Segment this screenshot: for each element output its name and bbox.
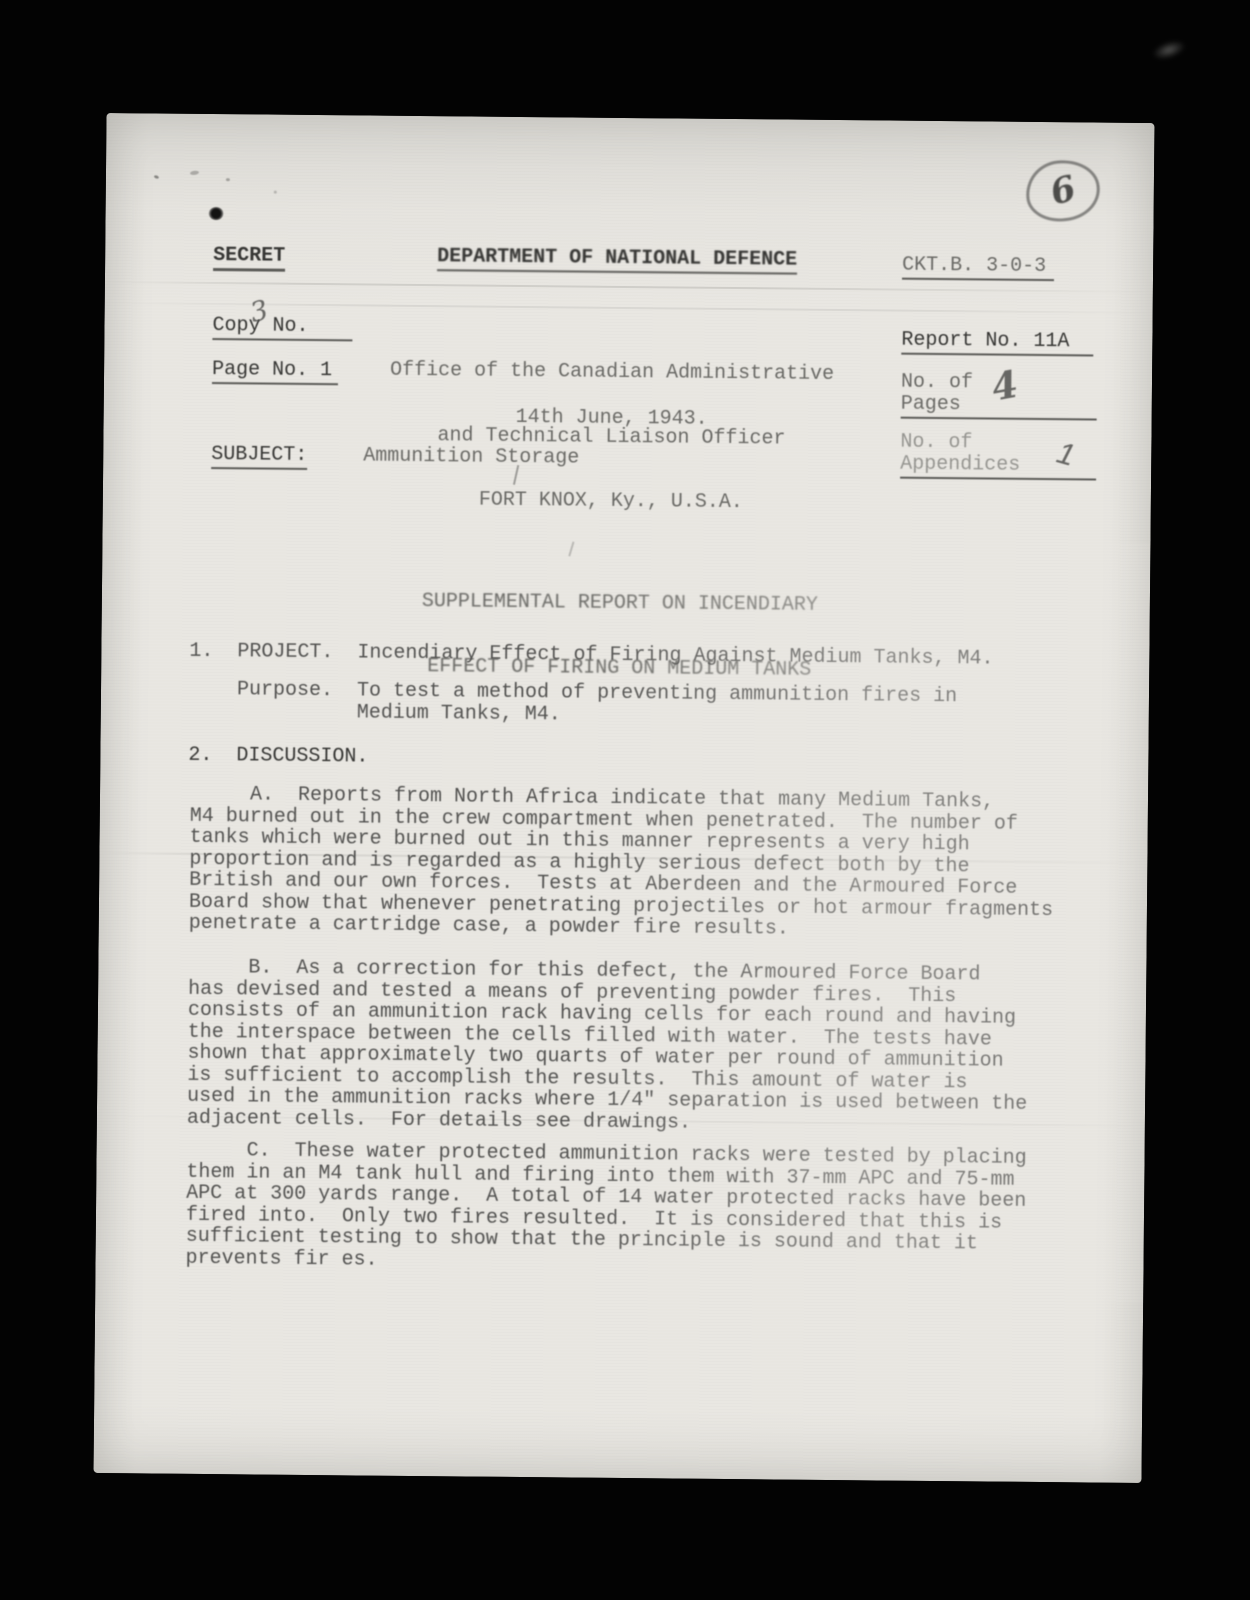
subject-label: SUBJECT: (211, 444, 307, 469)
discussion-paragraph-a: A. Reports from North Africa indicate th… (189, 784, 1055, 943)
file-number-text: CKT.B. 3-0-3 (902, 255, 1054, 281)
discussion-paragraph-c: C. These water protected ammunition rack… (185, 1140, 1026, 1277)
project-heading: 1. PROJECT. Incendiary Effect of Firing … (189, 641, 993, 670)
page-number-row: Page No. 1 (212, 359, 338, 385)
scan-artifact-smudge (1150, 37, 1187, 63)
ink-blot (209, 207, 224, 220)
report-date: 14th June, 1943. (372, 406, 852, 432)
classification-label: SECRET (213, 245, 285, 271)
report-title-line1: SUPPLEMENTAL REPORT ON INCENDIARY (420, 591, 820, 616)
subject-value: Ammunition Storage (363, 444, 579, 469)
purpose-block: Purpose. To test a method of preventing … (189, 679, 958, 729)
department-title: DEPARTMENT OF NATIONAL DEFENCE (417, 246, 817, 274)
page-number-label: Page No. 1 (212, 359, 338, 385)
discussion-heading: 2. DISCUSSION. (188, 745, 368, 768)
circled-page-number: 6 (1046, 168, 1080, 214)
appendices-count-label-line1: No. of (900, 432, 972, 454)
paper-speck (226, 178, 230, 181)
circled-page-number-stamp: 6 (1023, 156, 1103, 225)
file-number: CKT.B. 3-0-3 (902, 255, 1054, 281)
pages-count-label-line1: No. of (901, 372, 973, 394)
office-address-line1: Office of the Canadian Administrative (372, 360, 852, 386)
office-address-line3: FORT KNOX, Ky., U.S.A. (371, 489, 851, 515)
paper-speck (274, 191, 277, 194)
copy-number-label: Copy No. (212, 315, 352, 341)
copy-number-row: Copy No. (212, 315, 352, 341)
discussion-paragraph-b: B. As a correction for this defect, the … (187, 957, 1029, 1137)
scanline-artifact (105, 281, 1153, 293)
report-number-label: Report No. 11A (901, 330, 1093, 356)
report-number-row: Report No. 11A (901, 330, 1093, 356)
classification-stamp: SECRET (213, 245, 285, 271)
office-address: Office of the Canadian Administrative an… (370, 317, 852, 558)
department-title-text: DEPARTMENT OF NATIONAL DEFENCE (437, 246, 797, 274)
paper-speck (154, 175, 160, 180)
paper-speck (190, 170, 199, 175)
document-page: 6 SECRET DEPARTMENT OF NATIONAL DEFENCE … (93, 113, 1154, 1483)
subject-row: SUBJECT:Ammunition Storage (211, 444, 579, 472)
